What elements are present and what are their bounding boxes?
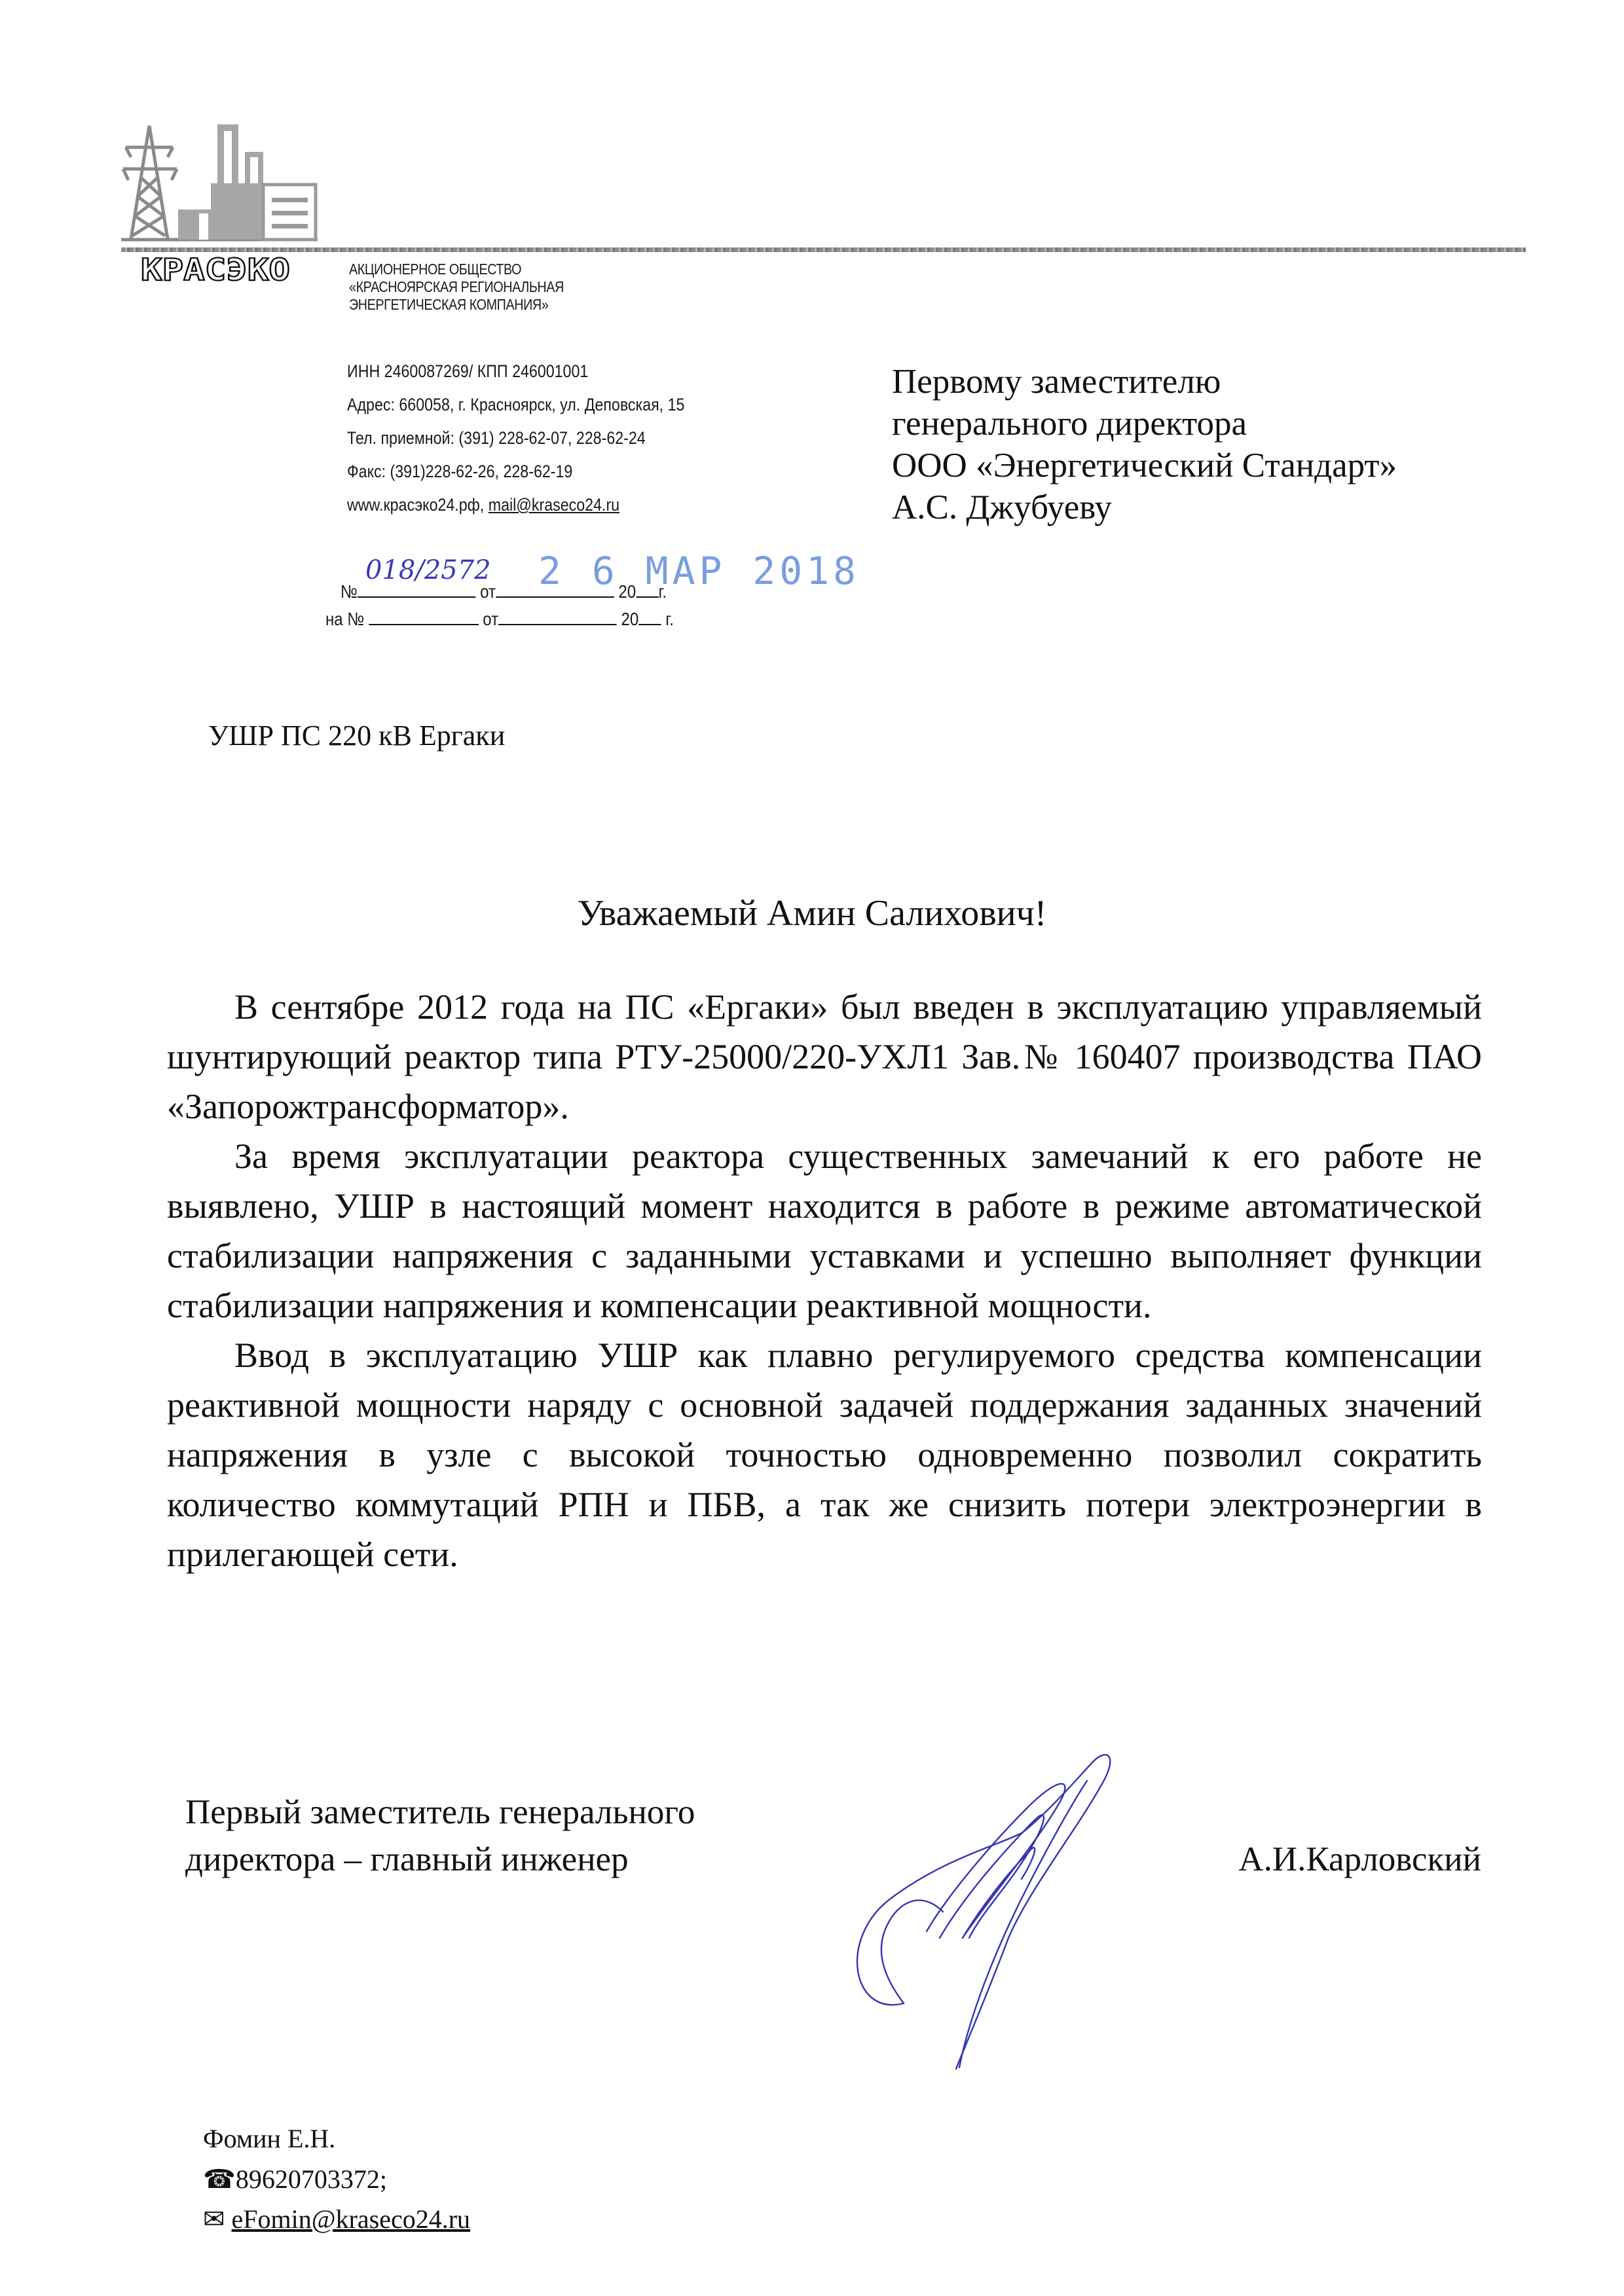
body-paragraph-3: Ввод в эксплуатацию УШР как плавно регул… — [167, 1330, 1482, 1579]
inn-kpp: ИНН 2460087269/ КПП 246001001 — [347, 361, 588, 382]
company-address: Адрес: 660058, г. Красноярск, ул. Деповс… — [347, 395, 684, 415]
letter-subject: УШР ПС 220 кВ Ергаки — [208, 719, 505, 752]
body-paragraph-2: За время эксплуатации реактора существен… — [167, 1131, 1482, 1330]
company-logo-icon — [118, 118, 321, 249]
company-name-line-2: «КРАСНОЯРСКАЯ РЕГИОНАЛЬНАЯ — [349, 278, 564, 296]
recipient-line-2: генерального директора — [892, 404, 1247, 443]
recipient-line-3: ООО «Энергетический Стандарт» — [892, 446, 1397, 485]
fax-number: Факс: (391)228-62-26, 228-62-19 — [347, 462, 572, 482]
reply-year-prefix: 20 — [621, 609, 638, 629]
signer-title-line-1: Первый заместитель генерального — [185, 1793, 695, 1832]
reply-no-label: на № — [325, 609, 364, 629]
handwritten-signature-icon — [812, 1741, 1139, 2082]
company-wordmark: КРАСЭКО — [141, 254, 291, 283]
executor-email-link[interactable]: eFomin@kraseco24.ru — [232, 2204, 471, 2234]
executor-name: Фомин Е.Н. — [203, 2123, 335, 2154]
phone-icon: ☎ — [203, 2164, 236, 2194]
reception-phone: Тел. приемной: (391) 228-62-07, 228-62-2… — [347, 428, 646, 448]
handwritten-reference-number: 018/2572 — [365, 555, 491, 585]
reply-from-label: от — [483, 609, 498, 629]
executor-email: ✉ eFomin@kraseco24.ru — [203, 2204, 470, 2234]
company-name-line-1: АКЦИОНЕРНОЕ ОБЩЕСТВО — [349, 261, 521, 278]
header-rule — [121, 247, 1526, 252]
signer-name: А.И.Карловский — [1159, 1840, 1481, 1879]
body-paragraph-1: В сентябре 2012 года на ПС «Ергаки» был … — [167, 982, 1482, 1131]
signer-title-line-2: директора – главный инженер — [185, 1840, 629, 1879]
letter-body: В сентябре 2012 года на ПС «Ергаки» был … — [167, 982, 1482, 1579]
executor-phone: ☎89620703372; — [203, 2164, 387, 2195]
greeting: Уважаемый Амин Салихович! — [0, 892, 1624, 934]
envelope-icon: ✉ — [203, 2204, 225, 2234]
svg-text:КРАСЭКО: КРАСЭКО — [141, 254, 290, 283]
company-name-line-3: ЭНЕРГЕТИЧЕСКАЯ КОМПАНИЯ» — [349, 296, 548, 314]
recipient-line-1: Первому заместителю — [892, 362, 1221, 401]
company-email-link[interactable]: mail@kraseco24.ru — [489, 495, 619, 515]
reply-year-suffix: г. — [665, 609, 674, 629]
website: www.красэко24.рф, — [347, 495, 489, 515]
date-stamp: 2 6 МАР 2018 — [538, 549, 860, 593]
no-label: № — [341, 581, 358, 602]
web-and-email: www.красэко24.рф, mail@kraseco24.ru — [347, 495, 619, 515]
recipient-line-4: А.С. Джубуеву — [892, 488, 1112, 527]
reply-reference-line: на № от 20 г. — [325, 609, 674, 630]
executor-phone-number: 89620703372; — [236, 2164, 387, 2194]
